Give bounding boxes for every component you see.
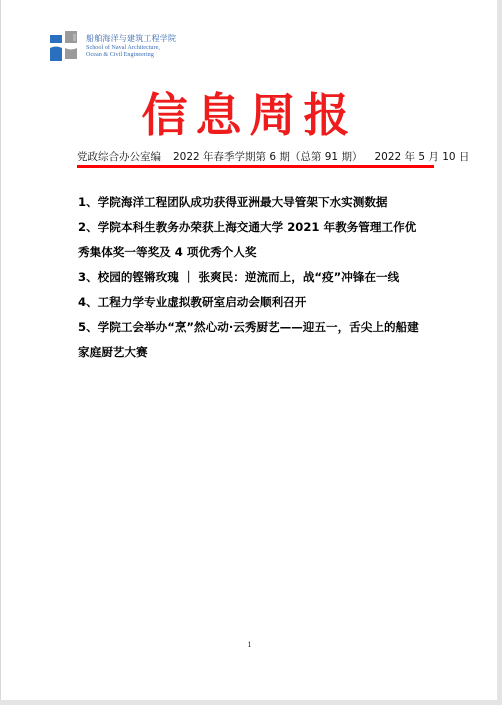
school-name-cn: 船舶海洋与建筑工程学院	[86, 34, 176, 44]
issue-number: 2022 年春季学期第 6 期（总第 91 期）	[173, 149, 362, 164]
school-logo: 船舶海洋与建筑工程学院 School of Naval Architecture…	[50, 31, 176, 61]
header-divider	[77, 165, 434, 168]
contents-list: 1、学院海洋工程团队成功获得亚洲最大导管架下水实测数据 2、学院本科生教务办荣获…	[78, 190, 423, 365]
school-name-en-line1: School of Naval Architecture,	[86, 44, 176, 51]
issue-date: 2022 年 5 月 10 日	[374, 149, 469, 164]
issue-info: 党政综合办公室编 2022 年春季学期第 6 期（总第 91 期） 2022 年…	[77, 149, 469, 164]
contents-item: 3、校园的铿锵玫瑰 ｜ 张爽民：逆流而上，战“疫”冲锋在一线	[78, 265, 423, 290]
school-name-en-line2: Ocean & Civil Engineering	[86, 51, 176, 58]
school-logo-icon	[50, 31, 80, 61]
page-number: 1	[1, 640, 498, 649]
contents-item: 5、学院工会举办“烹”然心动·云秀厨艺——迎五一，舌尖上的船建家庭厨艺大赛	[78, 315, 423, 365]
contents-item: 1、学院海洋工程团队成功获得亚洲最大导管架下水实测数据	[78, 190, 423, 215]
masthead-title: 信息周报	[1, 89, 498, 141]
contents-item: 4、工程力学专业虚拟教研室启动会顺利召开	[78, 290, 423, 315]
contents-item: 2、学院本科生教务办荣获上海交通大学 2021 年教务管理工作优秀集体奖一等奖及…	[78, 215, 423, 265]
issue-editor: 党政综合办公室编	[77, 149, 161, 164]
document-page: 船舶海洋与建筑工程学院 School of Naval Architecture…	[0, 0, 497, 700]
